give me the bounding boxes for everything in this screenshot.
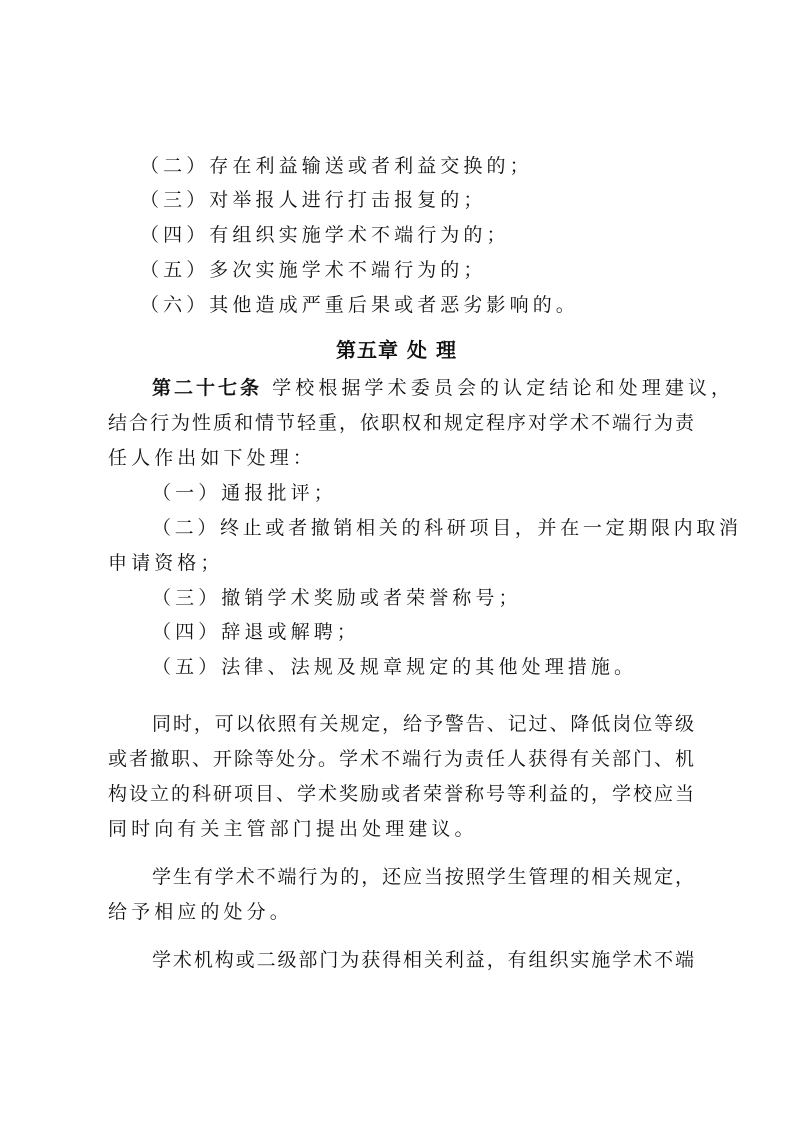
paragraph-line: 同时向有关主管部门提出处理建议。	[108, 817, 694, 841]
measure-item: （二）终止或者撤销相关的科研项目，并在一定期限内取消	[152, 516, 738, 540]
chapter-title: 第五章 处 理	[0, 338, 793, 362]
measure-item: （四）辞退或解聘；	[152, 620, 738, 644]
list-item: （三）对举报人进行打击报复的；	[140, 188, 726, 212]
article-line: 结合行为性质和情节轻重，依职权和规定程序对学术不端行为责	[108, 411, 694, 435]
paragraph-line: 或者撤职、开除等处分。学术不端行为责任人获得有关部门、机	[108, 747, 694, 771]
list-item: （四）有组织实施学术不端行为的；	[140, 223, 726, 247]
paragraph-line: 学生有学术不端行为的，还应当按照学生管理的相关规定，	[152, 865, 694, 889]
list-item: （二）存在利益输送或者利益交换的；	[140, 154, 726, 178]
list-item: （六）其他造成严重后果或者恶劣影响的。	[140, 293, 726, 317]
paragraph-line: 构设立的科研项目、学术奖励或者荣誉称号等利益的，学校应当	[108, 782, 694, 806]
article-text: 学校根据学术委员会的认定结论和处理建议，	[272, 377, 734, 399]
paragraph-line: 给予相应的处分。	[108, 900, 694, 924]
measure-item: （五）法律、法规及规章规定的其他处理措施。	[152, 655, 738, 679]
document-page: （二）存在利益输送或者利益交换的； （三）对举报人进行打击报复的； （四）有组织…	[0, 0, 793, 1122]
article-label: 第二十七条	[152, 377, 262, 399]
paragraph-line: 同时，可以依照有关规定，给予警告、记过、降低岗位等级	[152, 712, 694, 736]
list-item: （五）多次实施学术不端行为的；	[140, 258, 726, 282]
measure-item-cont: 申请资格；	[108, 551, 694, 575]
article-first-line: 第二十七条 学校根据学术委员会的认定结论和处理建议，	[152, 376, 694, 400]
measure-item: （三）撤销学术奖励或者荣誉称号；	[152, 586, 738, 610]
measure-item: （一）通报批评；	[152, 481, 738, 505]
paragraph-line: 学术机构或二级部门为获得相关利益，有组织实施学术不端	[152, 948, 694, 972]
article-line: 任人作出如下处理：	[108, 446, 694, 470]
